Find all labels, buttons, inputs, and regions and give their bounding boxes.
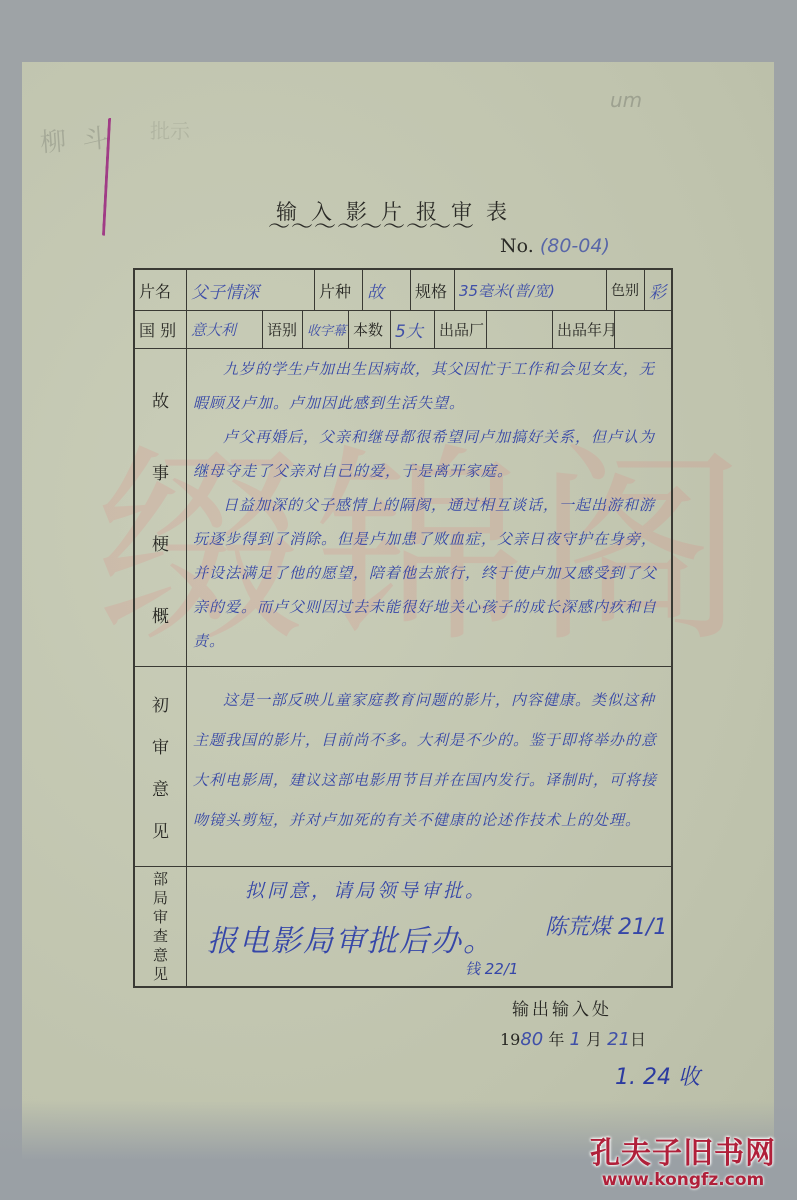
date-year-suffix: 年 (548, 1030, 564, 1049)
pencil-mark-top-left: 柳 斗 (39, 118, 114, 160)
date-year-hand: 80 (520, 1029, 543, 1050)
date-year-prefix: 19 (500, 1030, 520, 1049)
bureau-review-initials: 钱 22/1 (465, 958, 518, 979)
site-url: www.kongfz.com (590, 1170, 776, 1190)
bureau-review-label-char: 意 (153, 946, 168, 965)
site-watermark-logo: 孔夫子旧书网 www.kongfz.com (590, 1128, 776, 1190)
initial-review-text: 这是一部反映儿童家庭教育问题的影片，内容健康。类似这种主题我国的影片，目前尚不多… (193, 680, 667, 840)
bureau-review-label-char: 部 (153, 870, 168, 889)
film-type-value: 故 (363, 270, 411, 310)
spec-value: 35毫米(普/宽) (455, 270, 607, 310)
issue-date: 1980 年 1 月 21日 (500, 1027, 646, 1050)
date-day-suffix: 日 (630, 1030, 646, 1049)
bureau-review-label: 部 局 审 查 意 见 (135, 866, 187, 988)
title-underline: 〜〜〜〜〜〜〜〜〜 (268, 210, 475, 241)
synopsis-label: 故 事 梗 概 (135, 348, 187, 666)
form-section-initial-review: 初 审 意 见 这是一部反映儿童家庭教育问题的影片，内容健康。类似这种主题我国的… (135, 666, 671, 867)
synopsis-label-char: 事 (152, 459, 169, 484)
pencil-mark-top-middle: 批示 (150, 115, 190, 144)
reels-value: 5大 (391, 310, 435, 348)
spec-label: 规格 (411, 270, 455, 310)
bureau-review-label-char: 见 (153, 965, 168, 984)
initial-review-label-char: 意 (152, 775, 169, 800)
date-day: 21 (607, 1029, 630, 1050)
bureau-review-label-char: 局 (153, 889, 168, 908)
received-note: 1. 24 收 (615, 1060, 700, 1091)
language-label: 语别 (263, 310, 303, 348)
issuing-office: 输出输入处 (512, 995, 612, 1020)
film-name-value: 父子情深 (187, 270, 315, 310)
bureau-review-label-char: 审 (153, 908, 168, 927)
form-row-film-info: 片名 父子情深 片种 故 规格 35毫米(普/宽) 色别 彩 (135, 270, 671, 311)
initial-review-label-char: 初 (152, 691, 169, 716)
color-label: 色别 (607, 270, 645, 310)
synopsis-text: 九岁的学生卢加出生因病故，其父因忙于工作和会见女友，无暇顾及卢加。卢加因此感到生… (193, 352, 667, 658)
serial-prefix: No. (500, 235, 534, 257)
initial-review-label: 初 审 意 见 (135, 666, 187, 866)
synopsis-paragraph: 九岁的学生卢加出生因病故，其父因忙于工作和会见女友，无暇顾及卢加。卢加因此感到生… (193, 352, 667, 420)
synopsis-paragraph: 卢父再婚后，父亲和继母都很希望同卢加搞好关系，但卢认为继母夺走了父亲对自己的爱，… (193, 420, 667, 488)
reels-label: 本数 (349, 310, 391, 348)
initial-review-paragraph: 这是一部反映儿童家庭教育问题的影片，内容健康。类似这种主题我国的影片，目前尚不多… (193, 680, 667, 840)
country-label: 国 别 (135, 310, 187, 348)
film-type-label: 片种 (315, 270, 363, 310)
country-value: 意大利 (187, 310, 263, 348)
studio-label: 出品厂 (435, 310, 487, 348)
form-section-bureau-review: 部 局 审 查 意 见 拟同意，请局领导审批。 报电影局审批后办。 陈荒煤 21… (135, 866, 671, 988)
date-month: 1 (569, 1029, 580, 1050)
review-form-table: 片名 父子情深 片种 故 规格 35毫米(普/宽) 色别 彩 国 别 意大利 语… (133, 268, 673, 988)
studio-value (487, 310, 553, 348)
synopsis-label-char: 梗 (152, 530, 169, 555)
film-name-label: 片名 (135, 270, 187, 310)
initial-review-label-char: 审 (152, 733, 169, 758)
pencil-mark-top-right: um (610, 88, 642, 112)
language-value: 收字幕 (303, 310, 349, 348)
serial-number: No. (80-04) (500, 235, 610, 257)
date-month-suffix: 月 (586, 1030, 602, 1049)
form-row-origin-info: 国 别 意大利 语别 收字幕 本数 5大 出品厂 出品年月 (135, 310, 671, 349)
synopsis-paragraph: 日益加深的父子感情上的隔阂，通过相互谈话，一起出游和游玩逐步得到了消除。但是卢加… (193, 488, 667, 658)
bureau-review-label-char: 查 (153, 927, 168, 946)
year-label: 出品年月 (553, 310, 615, 348)
bureau-review-line2: 报电影局审批后办。 (207, 916, 495, 960)
form-section-synopsis: 故 事 梗 概 九岁的学生卢加出生因病故，其父因忙于工作和会见女友，无暇顾及卢加… (135, 348, 671, 667)
synopsis-label-char: 故 (152, 387, 169, 412)
synopsis-label-char: 概 (152, 602, 169, 627)
serial-value: (80-04) (540, 235, 610, 257)
bureau-review-line1: 拟同意，请局领导审批。 (245, 876, 487, 903)
color-value: 彩 (645, 270, 673, 310)
bureau-review-signature: 陈荒煤 21/1 (545, 910, 667, 941)
site-name: 孔夫子旧书网 (590, 1128, 776, 1172)
year-value (615, 310, 673, 348)
initial-review-label-char: 见 (152, 817, 169, 842)
